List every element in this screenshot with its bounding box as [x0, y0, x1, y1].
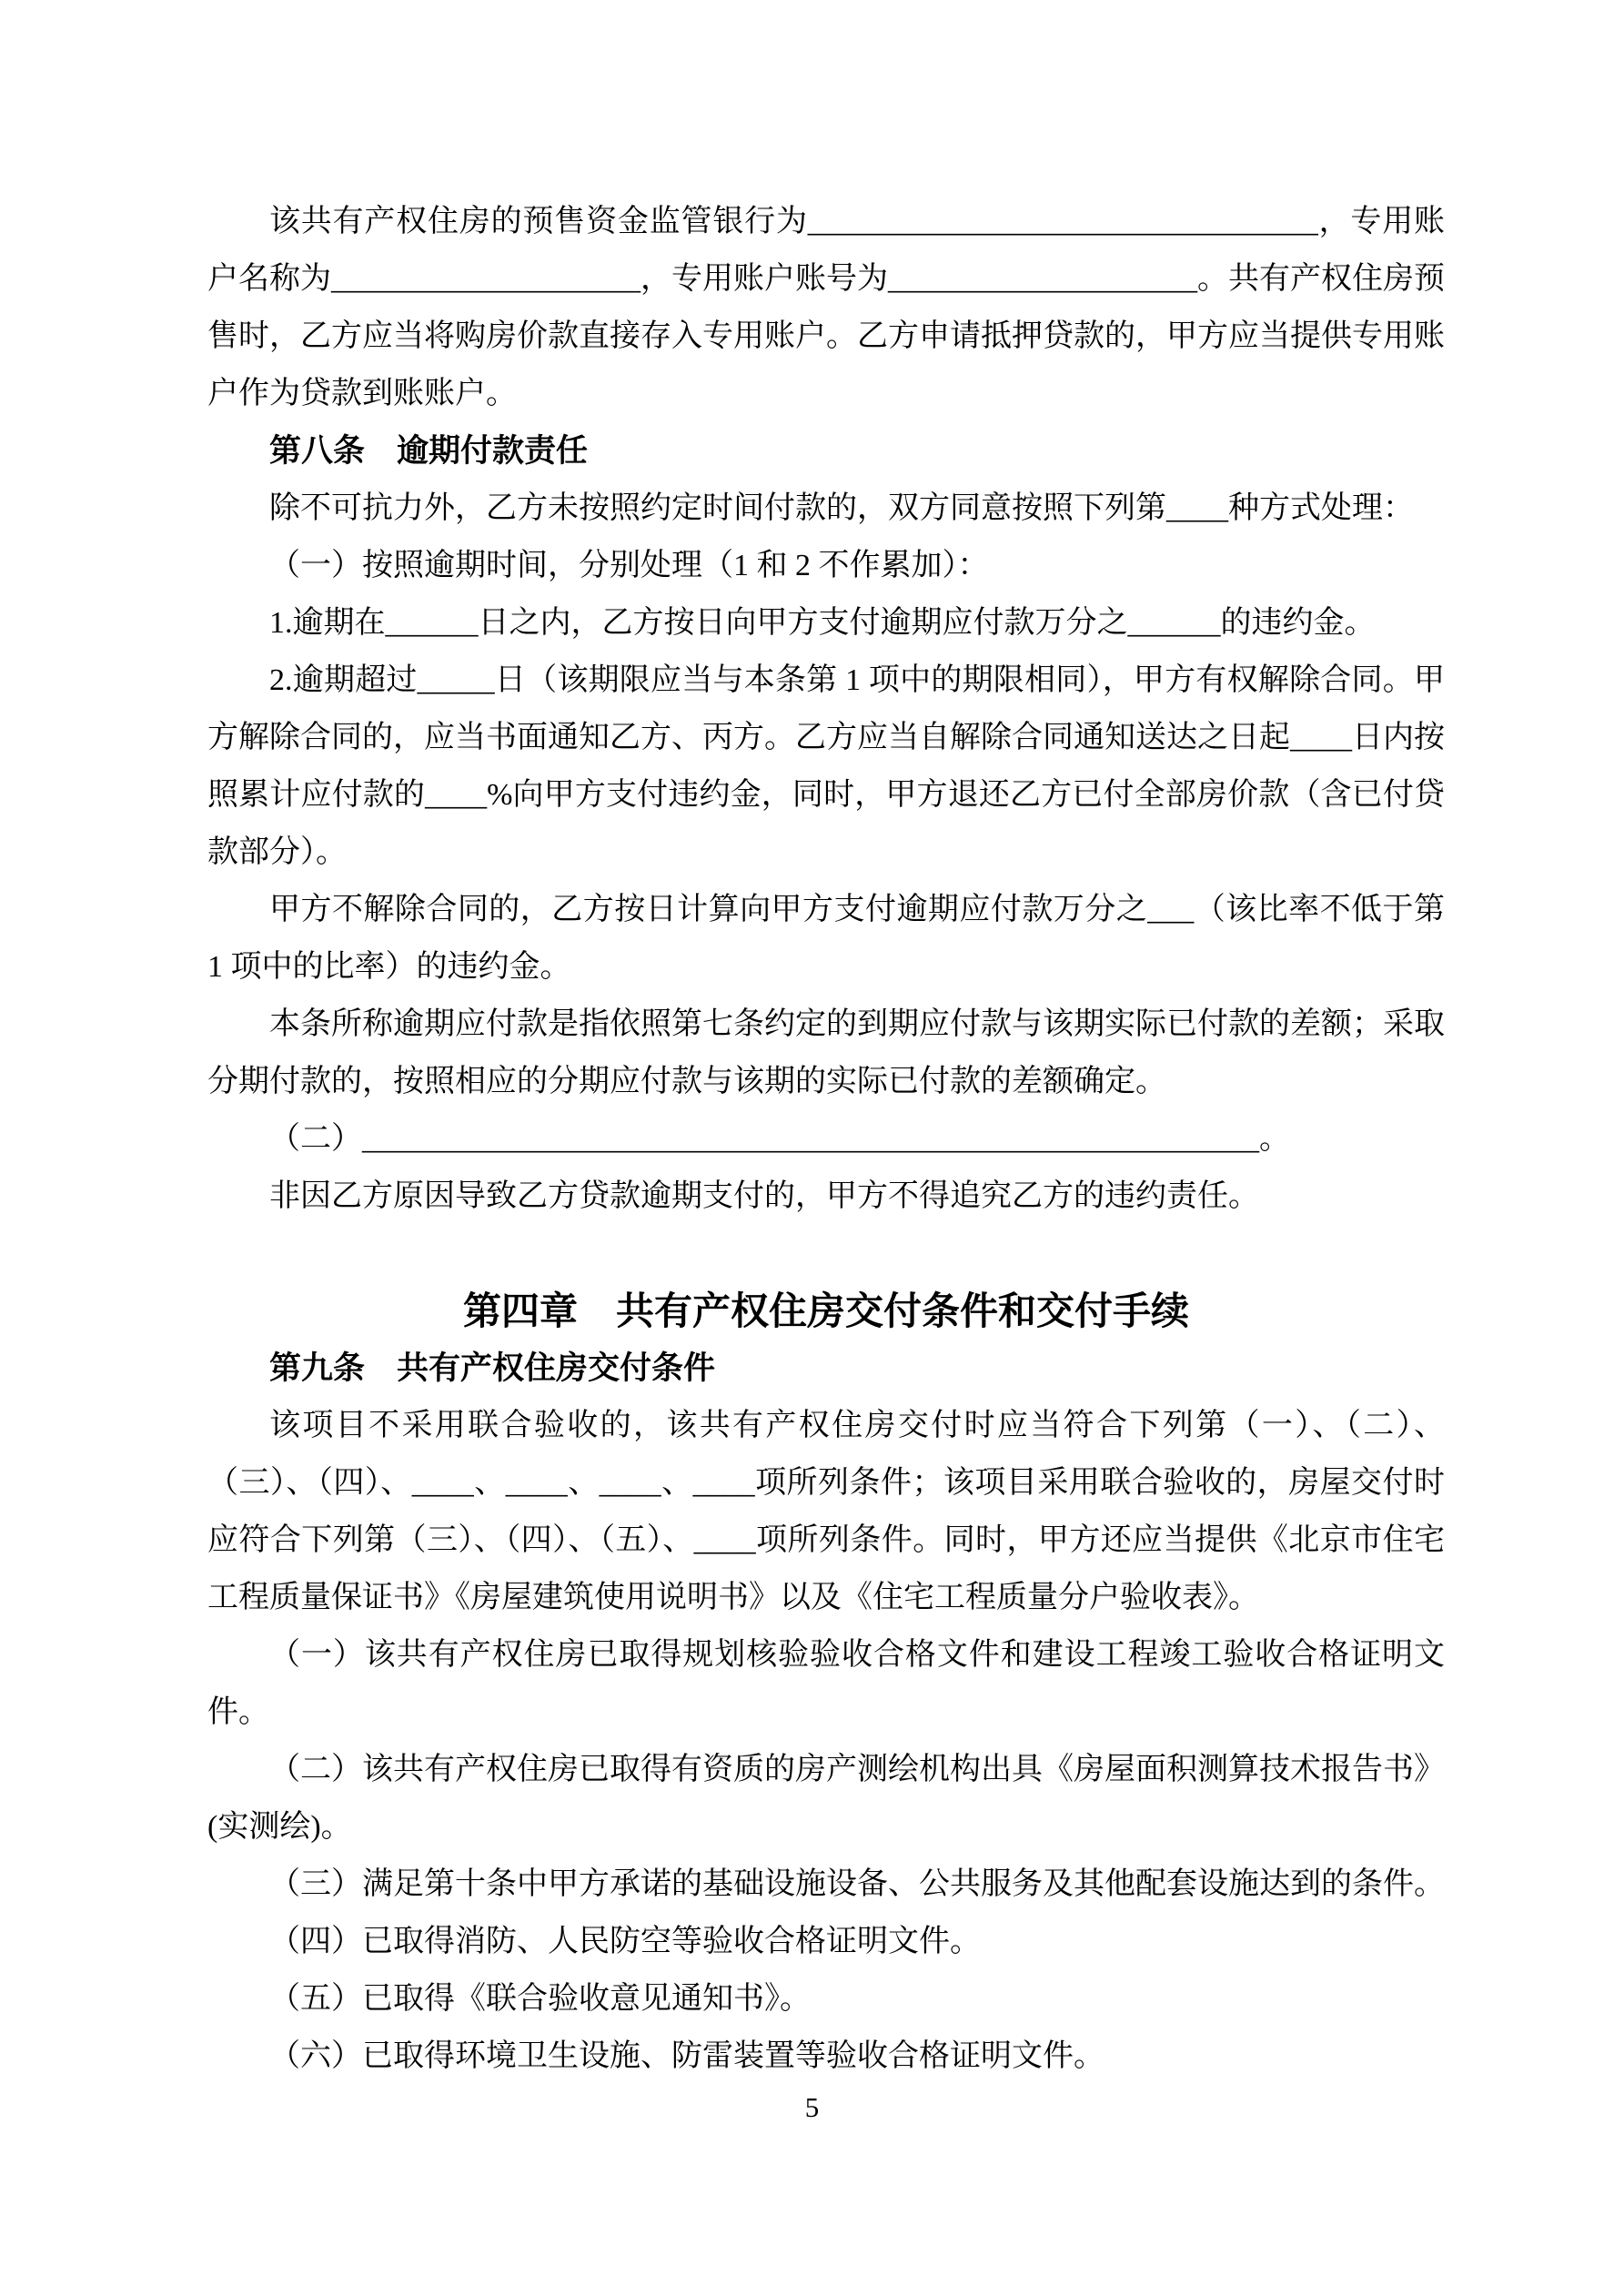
- heading-article-9: 第九条 共有产权住房交付条件: [207, 1340, 1445, 1397]
- paragraph-overdue-method-2-blank: （二）_____________________________________…: [207, 1110, 1445, 1168]
- paragraph-overdue-payment-definition: 本条所称逾期应付款是指依照第七条约定的到期应付款与该期实际已付款的差额；采取分期…: [207, 996, 1445, 1110]
- paragraph-overdue-beyond-days: 2.逾期超过_____日（该期限应当与本条第 1 项中的期限相同），甲方有权解除…: [207, 652, 1445, 881]
- paragraph-lender-delay-exemption: 非因乙方原因导致乙方贷款逾期支付的，甲方不得追究乙方的违约责任。: [207, 1168, 1445, 1225]
- paragraph-overdue-payment-intro: 除不可抗力外，乙方未按照约定时间付款的，双方同意按照下列第____种方式处理：: [207, 480, 1445, 537]
- paragraph-condition-5-joint-acceptance-notice: （五）已取得《联合验收意见通知书》。: [207, 1970, 1445, 2028]
- paragraph-condition-4-fire-civil-defense: （四）已取得消防、人民防空等验收合格证明文件。: [207, 1913, 1445, 1970]
- paragraph-condition-1-planning-acceptance: （一）该共有产权住房已取得规划核验验收合格文件和建设工程竣工验收合格证明文件。: [207, 1626, 1445, 1741]
- heading-chapter-4: 第四章 共有产权住房交付条件和交付手续: [207, 1282, 1445, 1340]
- document-page: 该共有产权住房的预售资金监管银行为_______________________…: [0, 0, 1624, 2296]
- paragraph-delivery-conditions-intro: 该项目不采用联合验收的，该共有产权住房交付时应当符合下列第（一）、（二）、（三）…: [207, 1397, 1445, 1626]
- paragraph-no-contract-termination: 甲方不解除合同的，乙方按日计算向甲方支付逾期应付款万分之___（该比率不低于第 …: [207, 881, 1445, 996]
- paragraph-condition-2-area-measurement: （二）该共有产权住房已取得有资质的房产测绘机构出具《房屋面积测算技术报告书》(实…: [207, 1741, 1445, 1856]
- paragraph-condition-3-infrastructure: （三）满足第十条中甲方承诺的基础设施设备、公共服务及其他配套设施达到的条件。: [207, 1856, 1445, 1913]
- page-number: 5: [0, 2089, 1624, 2126]
- paragraph-overdue-within-days: 1.逾期在______日之内，乙方按日向甲方支付逾期应付款万分之______的违…: [207, 594, 1445, 652]
- paragraph-escrow-account: 该共有产权住房的预售资金监管银行为_______________________…: [207, 193, 1445, 422]
- paragraph-overdue-method-1-intro: （一）按照逾期时间，分别处理（1 和 2 不作累加）：: [207, 537, 1445, 594]
- heading-article-8: 第八条 逾期付款责任: [207, 422, 1445, 480]
- paragraph-condition-6-sanitation-lightning: （六）已取得环境卫生设施、防雷装置等验收合格证明文件。: [207, 2028, 1445, 2085]
